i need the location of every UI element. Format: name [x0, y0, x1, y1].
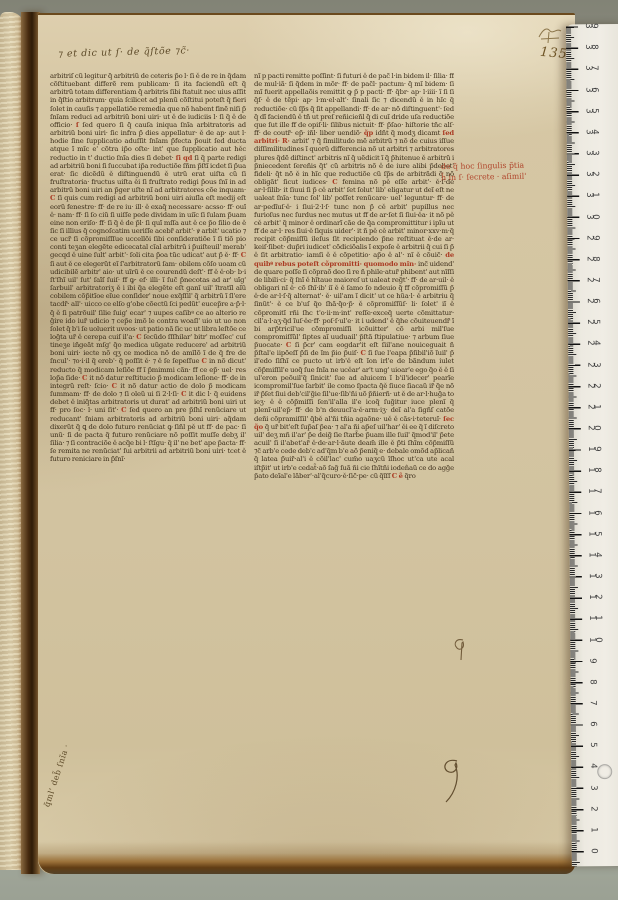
ruler-number: 2	[590, 796, 596, 815]
ruler-number: 9	[589, 648, 595, 667]
margin-note-red-line2: h̃ in ſ· ſecrete · aſimil'	[441, 170, 571, 183]
ruler-number: 0	[591, 838, 597, 857]
ruler-number: 32	[586, 161, 598, 180]
body-text: q̃ro	[404, 472, 415, 480]
rubric-text: C	[112, 382, 121, 390]
body-text: q̃ ur̃ bit'eſt ſup̃aſ p̃ea· ⁊ al'a ñi ap…	[254, 423, 454, 480]
quaestio-mark-small	[450, 636, 472, 666]
manuscript-photo: { "annotations": { "header_note": "⁊ et …	[0, 0, 618, 900]
ruler-number: 14	[589, 542, 601, 561]
ruler-number: 29	[586, 225, 598, 244]
ruler-number: 11	[589, 606, 601, 625]
ruler-number: 36	[585, 77, 597, 96]
rubric-text: ſi qd	[176, 154, 195, 162]
folio-number: 135	[539, 45, 568, 62]
ruler-number: 24	[587, 331, 599, 350]
ruler-number: 34	[586, 119, 598, 138]
ruler-number: 1	[591, 817, 597, 836]
rubric-text: C	[201, 357, 209, 365]
ruler-number: 5	[590, 732, 596, 751]
ruler-number: 18	[588, 457, 600, 476]
ruler-number: 20	[588, 415, 600, 434]
ruler-number: 10	[589, 627, 601, 646]
body-text: ſed quero an pre p̃ſhĩ renũciare ut redu…	[50, 406, 246, 463]
ruler-number: 7	[590, 690, 596, 709]
ruler-number: 15	[588, 521, 600, 540]
ruler-number: 4	[590, 754, 596, 773]
ruler-number: 13	[589, 563, 601, 582]
ruler-number: 12	[589, 584, 601, 603]
rubric-text: C	[50, 194, 58, 202]
ruler-number: 39	[585, 13, 597, 32]
ruler-number: 8	[590, 669, 596, 688]
ruler-number: 35	[586, 98, 598, 117]
ruler-number: 22	[587, 373, 599, 392]
old-foliation-scribble	[535, 23, 567, 47]
body-text: femina nõ pĕ eſſe arbit'· ĕ·ſ·de ar·l·ſi…	[254, 178, 454, 259]
ruler-number: 21	[588, 394, 600, 413]
body-text: nĩ p pacti remitte poſſint· ſi futuri ĕ …	[254, 72, 454, 137]
ruler-number: 26	[587, 288, 599, 307]
ruler-number: 30	[586, 204, 598, 223]
ruler-number: 19	[588, 436, 600, 455]
body-text: ſi aut ĕ ce elegerũt eĩ ſ'arbitratorũ ſa…	[50, 260, 246, 341]
text-column-right: nĩ p pacti remitte poſſint· ſi futuri ĕ …	[254, 72, 454, 776]
rubric-text: C ẽ	[392, 472, 405, 480]
ruler-number: 33	[586, 140, 598, 159]
ruler-number: 37	[585, 56, 597, 75]
ruler-number: 28	[587, 246, 599, 265]
ruler-maker-logo	[597, 764, 612, 779]
rubric-text: q̃p	[364, 129, 376, 137]
rubric-text: C	[136, 333, 143, 341]
ruler-number: 25	[587, 309, 599, 328]
ruler-number: 23	[587, 352, 599, 371]
rubric-text: C	[332, 178, 342, 186]
ruler-number: 16	[588, 500, 600, 519]
rubric-text: C	[181, 390, 189, 398]
ruler-number: 31	[586, 183, 598, 202]
margin-note-red: de q̃ hoc ſingulis p̃tia h̃ in ſ· ſecret…	[441, 159, 571, 183]
quaestio-mark-large	[438, 756, 466, 806]
ruler-number: 17	[588, 479, 600, 498]
body-text: ſi ſue l'eapa p̃ſibil'iõ ĩuil' p̃ il'edo…	[254, 349, 454, 422]
body-text: idñt q̃ modʒ dicamt	[376, 129, 443, 137]
rubric-text: C	[360, 349, 368, 357]
ruler-number: 6	[590, 711, 596, 730]
body-text: ſi quis cum redigi ad arbitriũ boni uiri…	[50, 194, 246, 259]
ruler-numbers: 0123456789101112131415161718192021222324…	[566, 24, 618, 866]
ruler: 0123456789101112131415161718192021222324…	[566, 24, 618, 866]
rubric-text: C	[241, 251, 246, 259]
body-text: inc̃ uidend' de quare poſſe ſi cõpraõ de…	[254, 260, 454, 350]
ruler-number: 3	[590, 775, 596, 794]
ruler-number: 38	[585, 34, 597, 53]
text-column-left: arbitriſ cũ legitur q̃ arbitriũ de ceter…	[50, 72, 246, 808]
ruler-number: 27	[587, 267, 599, 286]
rubric-text: C	[286, 341, 295, 349]
